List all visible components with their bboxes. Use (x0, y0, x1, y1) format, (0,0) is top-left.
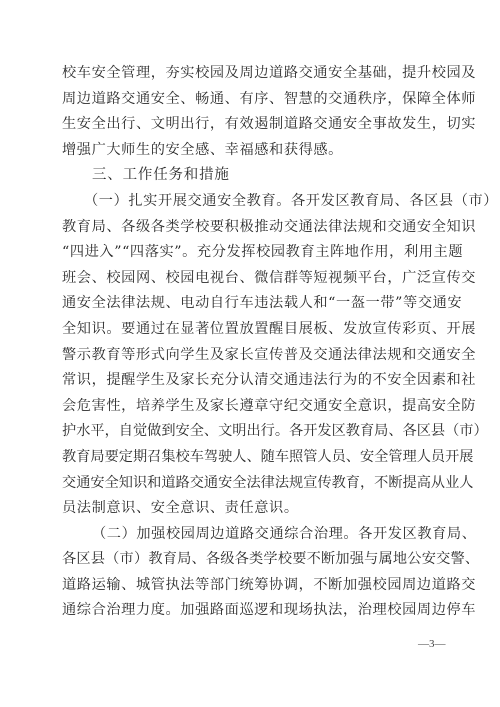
text-line: （一）扎实开展交通安全教育。各开发区教育局、各区县（市） (62, 189, 440, 215)
text-line: 生安全出行、文明出行，有效遏制道路交通安全事故发生，切实 (62, 112, 440, 138)
text-line: 校车安全管理，夯实校园及周边道路交通安全基础，提升校园及 (62, 61, 440, 87)
paragraph-traffic-education: （一）扎实开展交通安全教育。各开发区教育局、各区县（市） 教育局、各级各类学校要… (62, 189, 440, 522)
text-line: 通综合治理力度。加强路面巡逻和现场执法，治理校园周边停车 (62, 598, 440, 624)
text-line: 教育局、各级各类学校要积极推动交通法律法规和交通安全知识 (62, 215, 440, 241)
text-line: （二）加强校园周边道路交通综合治理。各开发区教育局、 (62, 522, 440, 548)
text-line: 道路运输、城管执法等部门统筹协调，不断加强校园周边道路交 (62, 573, 440, 599)
text-line: 常识，提醒学生及家长充分认清交通违法行为的不安全因素和社 (62, 368, 440, 394)
text-line: 通安全法律法规、电动自行车违法载人和“一盔一带”等交通安 (62, 291, 440, 317)
text-line: 员法制意识、安全意识、责任意识。 (62, 496, 440, 522)
text-line: 交通安全知识和道路交通安全法律法规宣传教育，不断提高从业人 (62, 471, 440, 497)
document-page: 校车安全管理，夯实校园及周边道路交通安全基础，提升校园及 周边道路交通安全、畅通… (62, 61, 440, 624)
section-heading: 三、工作任务和措施 (62, 163, 440, 189)
paragraph-road-governance: （二）加强校园周边道路交通综合治理。各开发区教育局、 各区县（市）教育局、各级各… (62, 522, 440, 624)
text-line: “四进入”“四落实”。充分发挥校园教育主阵地作用，利用主题 (62, 240, 440, 266)
text-line: 各区县（市）教育局、各级各类学校要不断加强与属地公安交警、 (62, 547, 440, 573)
text-line: 会危害性，培养学生及家长遵章守纪交通安全意识，提高安全防 (62, 394, 440, 420)
text-line: 班会、校园网、校园电视台、微信群等短视频平台，广泛宣传交 (62, 266, 440, 292)
text-line: 增强广大师生的安全感、幸福感和获得感。 (62, 138, 440, 164)
text-line: 教育局要定期召集校车驾驶人、随车照管人员、安全管理人员开展 (62, 445, 440, 471)
paragraph-continued: 校车安全管理，夯实校园及周边道路交通安全基础，提升校园及 周边道路交通安全、畅通… (62, 61, 440, 163)
page-number: —3— (418, 638, 446, 650)
text-line: 周边道路交通安全、畅通、有序、智慧的交通秩序，保障全体师 (62, 87, 440, 113)
text-line: 警示教育等形式向学生及家长宣传普及交通法律法规和交通安全 (62, 343, 440, 369)
heading-text: 三、工作任务和措施 (62, 163, 440, 189)
text-line: 全知识。要通过在显著位置放置醒目展板、发放宣传彩页、开展 (62, 317, 440, 343)
text-line: 护水平，自觉做到安全、文明出行。各开发区教育局、各区县（市） (62, 419, 440, 445)
